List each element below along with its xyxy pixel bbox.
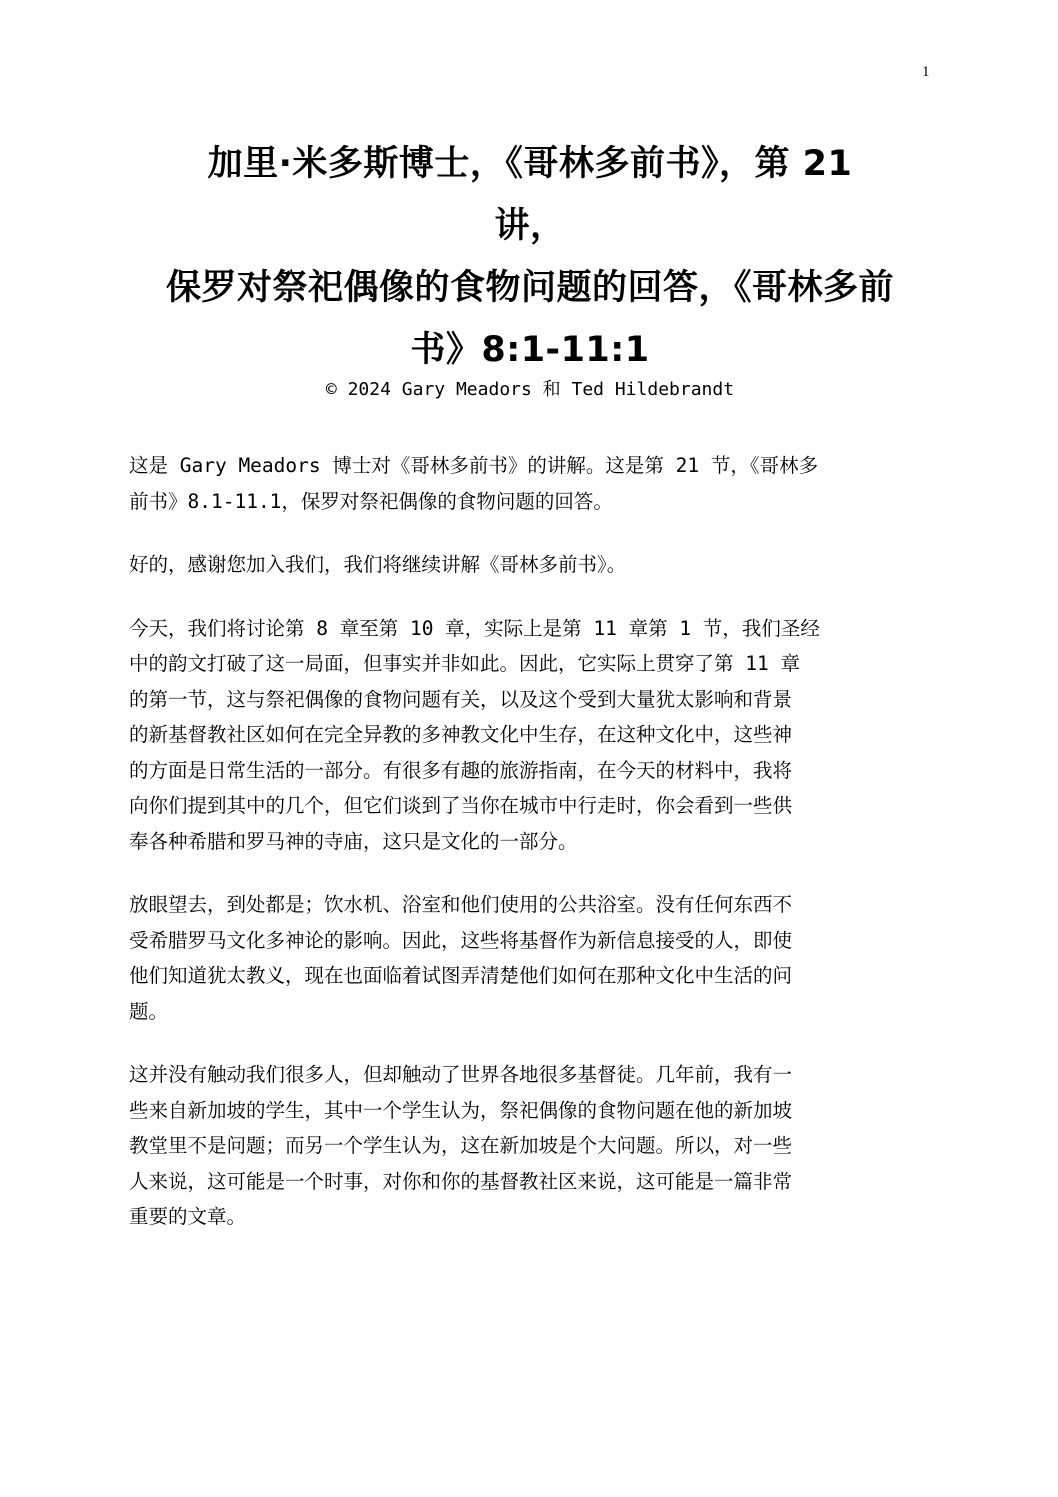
text-line: 题。 xyxy=(129,994,929,1030)
text-line: 受希腊罗马文化多神论的影响。因此，这些将基督作为新信息接受的人，即使 xyxy=(129,923,929,959)
text-line: 重要的文章。 xyxy=(129,1199,929,1235)
text-line: 奉各种希腊和罗马神的寺庙，这只是文化的一部分。 xyxy=(129,824,929,860)
text-line: 些来自新加坡的学生，其中一个学生认为，祭祀偶像的食物问题在他的新加坡 xyxy=(129,1093,929,1129)
paragraph-culture: 放眼望去，到处都是；饮水机、浴室和他们使用的公共浴室。没有任何东西不 受希腊罗马… xyxy=(129,887,929,1029)
text-line: 前书》8.1-11.1，保罗对祭祀偶像的食物问题的回答。 xyxy=(129,484,929,520)
paragraph-welcome: 好的，感谢您加入我们，我们将继续讲解《哥林多前书》。 xyxy=(129,547,929,583)
paragraph-today: 今天，我们将讨论第 8 章至第 10 章，实际上是第 11 章第 1 节，我们圣… xyxy=(129,611,929,860)
text-line: 这是 Gary Meadors 博士对《哥林多前书》的讲解。这是第 21 节，《… xyxy=(129,448,929,484)
text-line: 好的，感谢您加入我们，我们将继续讲解《哥林多前书》。 xyxy=(129,547,929,583)
text-line: 人来说，这可能是一个时事，对你和你的基督教社区来说，这可能是一篇非常 xyxy=(129,1164,929,1200)
text-line: 的第一节，这与祭祀偶像的食物问题有关，以及这个受到大量犹太影响和背景 xyxy=(129,682,929,718)
copyright-notice: © 2024 Gary Meadors 和 Ted Hildebrandt xyxy=(120,377,940,403)
title-line: 讲， xyxy=(120,195,940,257)
body-text: 这是 Gary Meadors 博士对《哥林多前书》的讲解。这是第 21 节，《… xyxy=(129,448,929,1263)
title-line: 保罗对祭祀偶像的食物问题的回答，《哥林多前 xyxy=(120,257,940,319)
text-line: 的方面是日常生活的一部分。有很多有趣的旅游指南，在今天的材料中，我将 xyxy=(129,753,929,789)
page-number: 1 xyxy=(922,64,930,81)
text-line: 他们知道犹太教义，现在也面临着试图弄清楚他们如何在那种文化中生活的问 xyxy=(129,958,929,994)
paragraph-intro: 这是 Gary Meadors 博士对《哥林多前书》的讲解。这是第 21 节，《… xyxy=(129,448,929,519)
text-line: 的新基督教社区如何在完全异教的多神教文化中生存，在这种文化中，这些神 xyxy=(129,717,929,753)
title-block: 加里·米多斯博士，《哥林多前书》，第 21 讲， 保罗对祭祀偶像的食物问题的回答… xyxy=(120,133,940,403)
text-line: 教堂里不是问题；而另一个学生认为，这在新加坡是个大问题。所以，对一些 xyxy=(129,1128,929,1164)
text-line: 中的韵文打破了这一局面，但事实并非如此。因此，它实际上贯穿了第 11 章 xyxy=(129,646,929,682)
paragraph-singapore: 这并没有触动我们很多人，但却触动了世界各地很多基督徒。几年前，我有一 些来自新加… xyxy=(129,1057,929,1235)
text-line: 放眼望去，到处都是；饮水机、浴室和他们使用的公共浴室。没有任何东西不 xyxy=(129,887,929,923)
text-line: 这并没有触动我们很多人，但却触动了世界各地很多基督徒。几年前，我有一 xyxy=(129,1057,929,1093)
title-line: 加里·米多斯博士，《哥林多前书》，第 21 xyxy=(120,133,940,195)
title-line: 书》8:1-11:1 xyxy=(120,319,940,381)
text-line: 今天，我们将讨论第 8 章至第 10 章，实际上是第 11 章第 1 节，我们圣… xyxy=(129,611,929,647)
text-line: 向你们提到其中的几个，但它们谈到了当你在城市中行走时，你会看到一些供 xyxy=(129,788,929,824)
